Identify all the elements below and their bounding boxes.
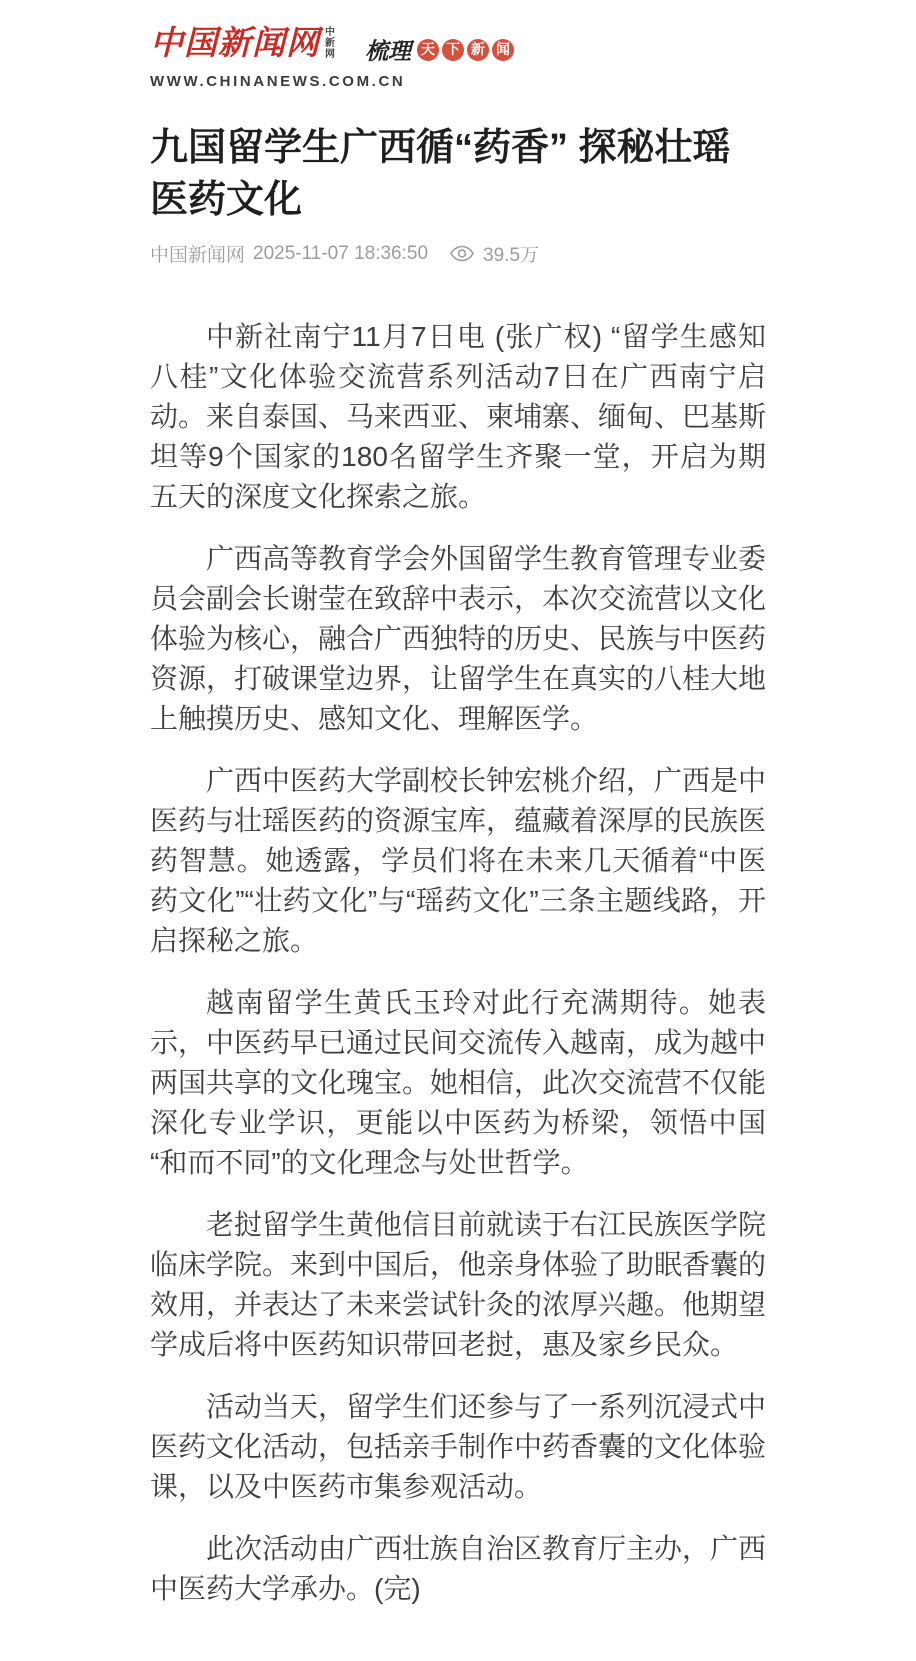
site-masthead[interactable]: 中国新闻网 中新网 梳理 天下新闻 WWW.CHINANEWS.COM.CN xyxy=(150,25,766,90)
article-paragraph: 老挝留学生黄他信目前就读于右江民族医学院临床学院。来到中国后，他亲身体验了助眠香… xyxy=(150,1205,766,1365)
logo-tagline: 梳理 天下新闻 xyxy=(365,33,514,66)
article-paragraph: 越南留学生黄氏玉玲对此行充满期待。她表示，中医药早已通过民间交流传入越南，成为越… xyxy=(150,983,766,1183)
logo-side-char: 新 xyxy=(325,38,335,49)
logo-row: 中国新闻网 中新网 梳理 天下新闻 xyxy=(150,25,766,66)
tagline-prefix: 梳理 xyxy=(365,33,411,66)
logo-side-vertical-text: 中新网 xyxy=(325,27,335,60)
site-url[interactable]: WWW.CHINANEWS.COM.CN xyxy=(150,73,766,90)
tagline-seal: 下 xyxy=(442,39,464,61)
article-timestamp: 2025-11-07 18:36:50 xyxy=(253,243,428,265)
article-body: 中新社南宁11月7日电 (张广权) “留学生感知八桂”文化体验交流营系列活动7日… xyxy=(150,317,766,1661)
article-source: 中国新闻网 xyxy=(150,240,245,267)
tagline-seal: 闻 xyxy=(492,39,514,61)
eye-icon xyxy=(450,245,474,262)
view-count: 39.5万 xyxy=(483,240,539,267)
chinanews-logo[interactable]: 中国新闻网 xyxy=(150,25,320,61)
logo-side-char: 中 xyxy=(325,27,335,38)
article-paragraph: 此次活动由广西壮族自治区教育厅主办，广西中医药大学承办。(完) xyxy=(150,1529,766,1609)
tagline-seal: 天 xyxy=(417,39,439,61)
article-meta: 中国新闻网 2025-11-07 18:36:50 39.5万 xyxy=(150,240,766,267)
tagline-seal: 新 xyxy=(467,39,489,61)
article-paragraph: 广西高等教育学会外国留学生教育管理专业委员会副会长谢莹在致辞中表示，本次交流营以… xyxy=(150,539,766,739)
content-column: 中国新闻网 中新网 梳理 天下新闻 WWW.CHINANEWS.COM.CN 九… xyxy=(150,0,766,1661)
logo-side-char: 网 xyxy=(325,49,335,60)
tagline-seals: 天下新闻 xyxy=(417,39,514,61)
article-paragraph: 活动当天，留学生们还参与了一系列沉浸式中医药文化活动，包括亲手制作中药香囊的文化… xyxy=(150,1387,766,1507)
article-title: 九国留学生广西循“药香” 探秘壮瑶医药文化 xyxy=(150,122,766,226)
article-paragraph: 中新社南宁11月7日电 (张广权) “留学生感知八桂”文化体验交流营系列活动7日… xyxy=(150,317,766,517)
article-page: 中国新闻网 中新网 梳理 天下新闻 WWW.CHINANEWS.COM.CN 九… xyxy=(0,0,916,1661)
article-paragraph: 广西中医药大学副校长钟宏桃介绍，广西是中医药与壮瑶医药的资源宝库，蕴藏着深厚的民… xyxy=(150,761,766,961)
